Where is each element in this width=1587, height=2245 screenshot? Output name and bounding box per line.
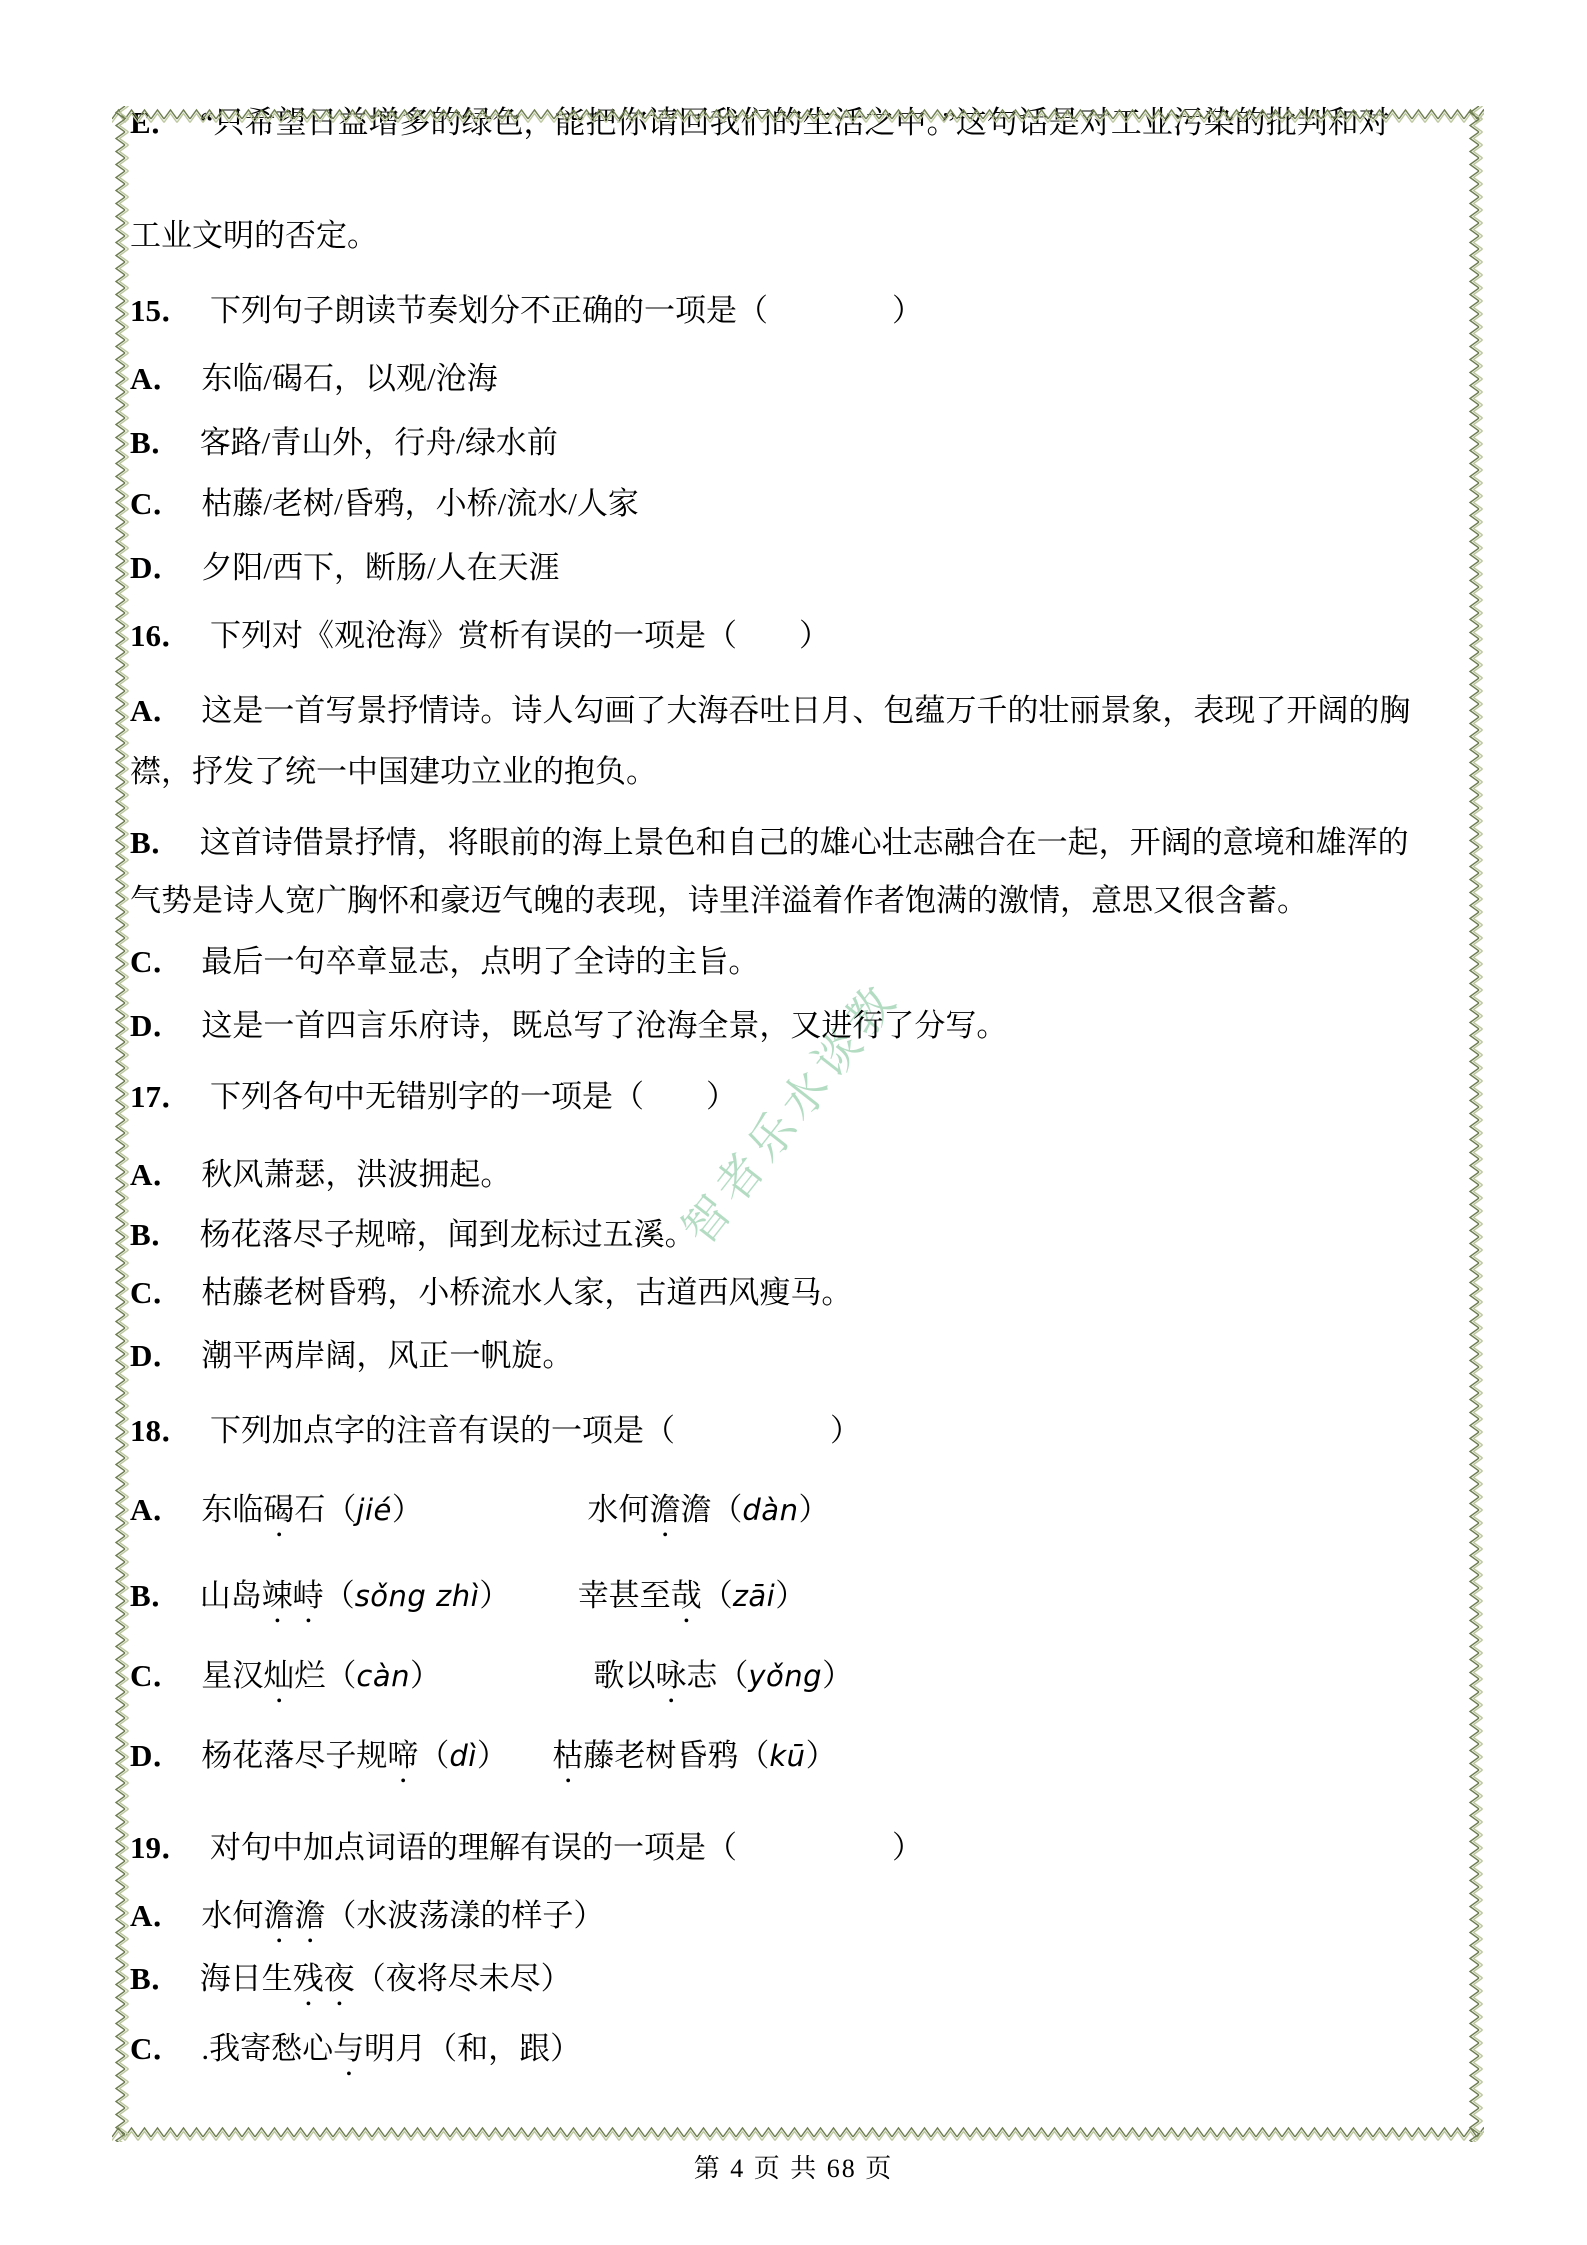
question-16-option-b-line-2: 气势是诗人宽广胸怀和豪迈气魄的表现，诗里洋溢着作者饱满的激情，意思又很含蓄。 bbox=[130, 878, 1308, 924]
option-label: A． bbox=[130, 1492, 183, 1527]
question-19-number: 19． bbox=[130, 1830, 192, 1865]
option-label: B． bbox=[130, 1578, 182, 1613]
option-label: C． bbox=[130, 486, 183, 521]
option-text: 东临/碣石，以观/沧海 bbox=[201, 361, 497, 396]
option-col2: 歌以咏志（yǒng） bbox=[593, 1658, 853, 1693]
option-label: D． bbox=[130, 1738, 183, 1773]
option-col1: 星汉灿烂（càn） bbox=[201, 1653, 593, 1710]
page-number: 第 4 页 共 68 页 bbox=[0, 2148, 1587, 2185]
question-18-stem-text: 下列加点字的注音有误的一项是（ ） bbox=[210, 1413, 861, 1448]
question-16-option-d: D．这是一首四言乐府诗，既总写了沧海全景，又进行了分写。 bbox=[130, 1003, 1007, 1049]
question-19-stem: 19．对句中加点词语的理解有误的一项是（ ） bbox=[130, 1825, 923, 1871]
option-text: 气势是诗人宽广胸怀和豪迈气魄的表现，诗里洋溢着作者饱满的激情，意思又很含蓄。 bbox=[130, 883, 1308, 918]
question-16-option-a-line-1: A．这是一首写景抒情诗。诗人勾画了大海吞吐日月、包蕴万千的壮丽景象，表现了开阔的… bbox=[130, 688, 1410, 734]
question-18-stem: 18．下列加点字的注音有误的一项是（ ） bbox=[130, 1408, 861, 1454]
question-16-number: 16． bbox=[130, 618, 192, 653]
option-label: C． bbox=[130, 944, 183, 979]
option-e-text-2: 工业文明的否定。 bbox=[130, 218, 378, 253]
option-label: B． bbox=[130, 1217, 182, 1252]
option-text: 最后一句卒章显志，点明了全诗的主旨。 bbox=[201, 944, 759, 979]
question-16-option-a-line-2: 襟，抒发了统一中国建功立业的抱负。 bbox=[130, 749, 657, 795]
question-18-option-c: C．星汉灿烂（càn）歌以咏志（yǒng） bbox=[130, 1653, 853, 1710]
question-18-option-b: B．山岛竦峙（sǒng zhì）幸甚至哉（zāi） bbox=[130, 1573, 806, 1630]
option-text: .我寄愁心与明月（和，跟） bbox=[201, 2031, 581, 2066]
question-15-option-b: B．客路/青山外，行舟/绿水前 bbox=[130, 420, 558, 466]
question-18-option-d: D．杨花落尽子规啼（dì）枯藤老树昏鸦（kū） bbox=[130, 1733, 837, 1790]
question-17-number: 17． bbox=[130, 1079, 192, 1114]
question-18-option-a: A．东临碣石（jié）水何澹澹（dàn） bbox=[130, 1487, 829, 1544]
option-text: 客路/青山外，行舟/绿水前 bbox=[200, 425, 558, 460]
option-text: 枯藤老树昏鸦，小桥流水人家，古道西风瘦马。 bbox=[201, 1275, 852, 1310]
question-18-number: 18． bbox=[130, 1413, 192, 1448]
question-16-option-c: C．最后一句卒章显志，点明了全诗的主旨。 bbox=[130, 939, 759, 985]
option-text: 枯藤/老树/昏鸦，小桥/流水/人家 bbox=[201, 486, 638, 521]
option-col2: 水何澹澹（dàn） bbox=[587, 1492, 829, 1527]
option-e-line-2: 工业文明的否定。 bbox=[130, 213, 378, 259]
option-label: B． bbox=[130, 825, 182, 860]
option-text: 这是一首四言乐府诗，既总写了沧海全景，又进行了分写。 bbox=[201, 1008, 1007, 1043]
option-label: D． bbox=[130, 550, 183, 585]
question-17-stem-text: 下列各句中无错别字的一项是（ ） bbox=[210, 1079, 737, 1114]
option-col1: 杨花落尽子规啼（dì） bbox=[201, 1733, 552, 1790]
option-col1: 东临碣石（jié） bbox=[201, 1487, 587, 1544]
option-col1: 山岛竦峙（sǒng zhì） bbox=[200, 1573, 578, 1630]
question-17-option-c: C．枯藤老树昏鸦，小桥流水人家，古道西风瘦马。 bbox=[130, 1270, 852, 1316]
question-15-stem: 15．下列句子朗读节奏划分不正确的一项是（ ） bbox=[130, 288, 923, 334]
question-16-stem-text: 下列对《观沧海》赏析有误的一项是（ ） bbox=[210, 618, 830, 653]
option-text: 夕阳/西下，断肠/人在天涯 bbox=[201, 550, 559, 585]
question-19-option-c: C．.我寄愁心与明月（和，跟） bbox=[130, 2026, 581, 2083]
option-label: D． bbox=[130, 1338, 183, 1373]
border-left bbox=[112, 106, 130, 2142]
question-17-stem: 17．下列各句中无错别字的一项是（ ） bbox=[130, 1074, 737, 1120]
option-label: A． bbox=[130, 693, 183, 728]
option-col2: 幸甚至哉（zāi） bbox=[578, 1578, 807, 1613]
question-19-stem-text: 对句中加点词语的理解有误的一项是（ ） bbox=[210, 1830, 923, 1865]
option-label: D． bbox=[130, 1008, 183, 1043]
option-text: 潮平两岸阔，风正一帆旋。 bbox=[201, 1338, 573, 1373]
question-17-option-d: D．潮平两岸阔，风正一帆旋。 bbox=[130, 1333, 573, 1379]
border-right bbox=[1466, 106, 1484, 2142]
option-text: 这是一首写景抒情诗。诗人勾画了大海吞吐日月、包蕴万千的壮丽景象，表现了开阔的胸 bbox=[201, 693, 1410, 728]
option-text: 海日生残夜（夜将尽未尽） bbox=[200, 1961, 572, 1996]
option-label: C． bbox=[130, 1275, 183, 1310]
question-19-option-b: B．海日生残夜（夜将尽未尽） bbox=[130, 1956, 572, 2013]
question-17-option-a: A．秋风萧瑟，洪波拥起。 bbox=[130, 1152, 511, 1198]
question-15-number: 15． bbox=[130, 293, 192, 328]
question-17-option-b: B．杨花落尽子规啼，闻到龙标过五溪。 bbox=[130, 1212, 696, 1258]
option-text: 秋风萧瑟，洪波拥起。 bbox=[201, 1157, 511, 1192]
option-label: B． bbox=[130, 425, 182, 460]
option-text: 杨花落尽子规啼，闻到龙标过五溪。 bbox=[200, 1217, 696, 1252]
question-19-option-a: A．水何澹澹（水波荡漾的样子） bbox=[130, 1893, 604, 1950]
option-label: C． bbox=[130, 2031, 183, 2066]
question-16-option-b-line-1: B．这首诗借景抒情，将眼前的海上景色和自己的雄心壮志融合在一起，开阔的意境和雄浑… bbox=[130, 820, 1409, 866]
option-label: A． bbox=[130, 1898, 183, 1933]
question-15-option-a: A．东临/碣石，以观/沧海 bbox=[130, 356, 498, 402]
option-label: C． bbox=[130, 1658, 183, 1693]
option-label: A． bbox=[130, 361, 183, 396]
question-15-stem-text: 下列句子朗读节奏划分不正确的一项是（ ） bbox=[210, 293, 923, 328]
option-label: B． bbox=[130, 1961, 182, 1996]
option-text: 襟，抒发了统一中国建功立业的抱负。 bbox=[130, 754, 657, 789]
question-16-stem: 16．下列对《观沧海》赏析有误的一项是（ ） bbox=[130, 613, 830, 659]
question-15-option-c: C．枯藤/老树/昏鸦，小桥/流水/人家 bbox=[130, 481, 639, 527]
option-text: 水何澹澹（水波荡漾的样子） bbox=[201, 1898, 604, 1933]
border-top bbox=[112, 106, 1484, 124]
exam-page: E．“只希望日益增多的绿色，能把你请回我们的生活之中。”这句话是对工业污染的批判… bbox=[0, 0, 1587, 2245]
option-text: 这首诗借景抒情，将眼前的海上景色和自己的雄心壮志融合在一起，开阔的意境和雄浑的 bbox=[200, 825, 1409, 860]
question-15-option-d: D．夕阳/西下，断肠/人在天涯 bbox=[130, 545, 560, 591]
option-label: A． bbox=[130, 1157, 183, 1192]
option-col2: 枯藤老树昏鸦（kū） bbox=[552, 1738, 836, 1773]
border-bottom bbox=[112, 2124, 1484, 2142]
